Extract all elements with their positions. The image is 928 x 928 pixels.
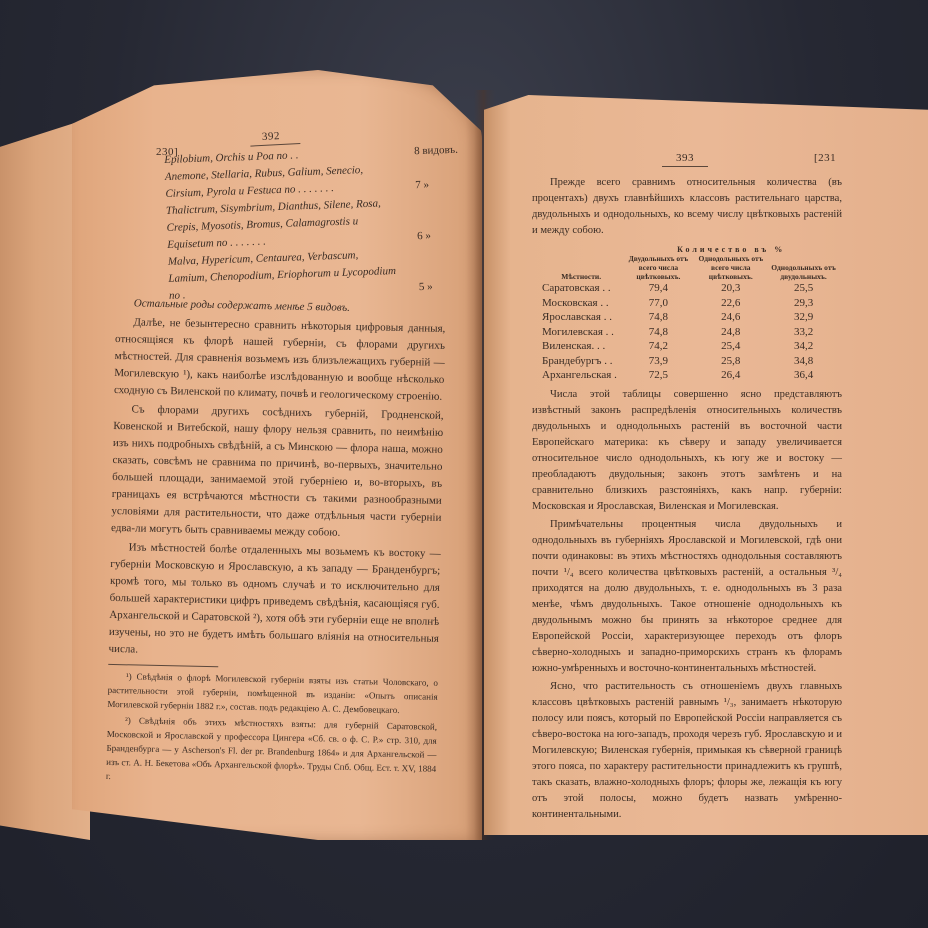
running-head-right: 393 bbox=[676, 152, 708, 167]
running-head-left: 392 bbox=[262, 129, 301, 146]
table-row: Могилевская . . 74,8 24,8 33,2 bbox=[540, 325, 840, 340]
table-row: Брандебургъ . . 73,9 25,8 34,8 bbox=[540, 354, 840, 369]
table-row: Архангельская . 72,5 26,4 36,4 bbox=[540, 368, 840, 383]
table-row: Ярославская . . 74,8 24,6 32,9 bbox=[540, 310, 840, 325]
right-page: 393 [231 Прежде всего сравнимъ относител… bbox=[484, 95, 928, 835]
paragraph: Ясно, что растительность съ отношенiемъ … bbox=[532, 679, 842, 823]
comparison-table: Количество въ % Мѣстности. Двудольныхъ о… bbox=[540, 245, 840, 383]
page-number-right: [231 bbox=[814, 152, 836, 164]
left-body-text: Остальные роды содержатъ менѣе 5 видовъ.… bbox=[106, 295, 446, 792]
paragraph: Далѣе, не безынтересно сравнить нѣкоторы… bbox=[114, 314, 446, 406]
table-row: Виленская. . . 74,2 25,4 34,2 bbox=[540, 339, 840, 354]
paragraph: Примѣчательны процентныя числа двудольны… bbox=[532, 517, 842, 677]
table-row: Московская . . 77,0 22,6 29,3 bbox=[540, 296, 840, 311]
table-group-header: Количество въ % bbox=[622, 245, 840, 254]
right-body-text: Прежде всего сравнимъ относительныя коли… bbox=[532, 175, 842, 825]
left-page: 230] 392 Epilobium, Orchis и Poa по . . … bbox=[72, 70, 482, 840]
column-header: Двудольныхъ отъ всего числа цвѣтковыхъ. bbox=[622, 254, 694, 281]
page-number-center-left: 392 bbox=[262, 130, 281, 143]
plant-list: Epilobium, Orchis и Poa по . . 8 видовъ.… bbox=[164, 141, 489, 305]
paragraph: Числа этой таблицы совершенно ясно предс… bbox=[532, 387, 842, 515]
column-header: Однодольныхъ отъ двудольныхъ. bbox=[767, 254, 840, 281]
footnote-1: ¹) Свѣдѣнiя о флорѣ Могилевской губернiи… bbox=[107, 669, 438, 718]
column-header: Однодольныхъ отъ всего числа цвѣтковыхъ. bbox=[694, 254, 767, 281]
intro-paragraph: Прежде всего сравнимъ относительныя коли… bbox=[532, 175, 842, 239]
footnote-divider bbox=[108, 664, 218, 667]
plant-list-item: Malva, Hypericum, Centaurea, Verbascum, … bbox=[168, 243, 490, 305]
paragraph: Изъ мѣстностей болѣе отдаленныхъ мы возь… bbox=[108, 539, 440, 665]
column-header: Мѣстности. bbox=[540, 254, 622, 281]
page-number-center-right: 393 bbox=[676, 152, 694, 164]
table-row: Саратовская . . 79,4 20,3 25,5 bbox=[540, 281, 840, 296]
paragraph: Съ флорами другихъ сосѣднихъ губернiй, Г… bbox=[111, 401, 444, 544]
footnote-2: ²) Свѣдѣнiя объ этихъ мѣстностяхъ взяты:… bbox=[106, 713, 437, 790]
